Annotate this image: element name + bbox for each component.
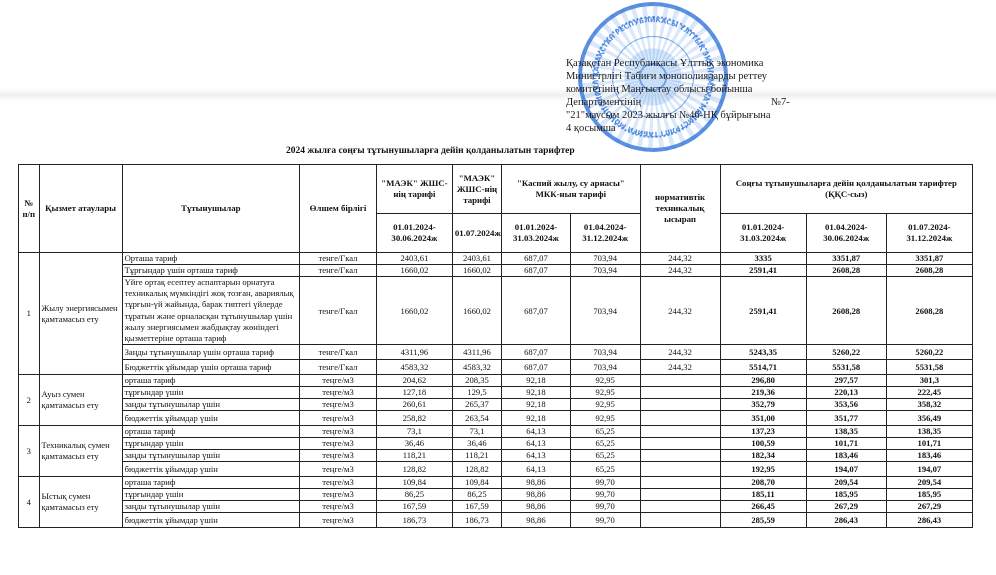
final-tariff-2-cell: 351,77 <box>806 411 886 426</box>
final-tariff-2-cell: 297,57 <box>806 375 886 387</box>
caspiy-tariff-1-cell: 92,18 <box>502 375 571 387</box>
period-final-1: 01.01.2024-31.03.2024ж <box>720 214 806 253</box>
maek-tariff-1-cell: 2403,61 <box>376 253 452 265</box>
final-tariff-3-cell: 267,29 <box>886 501 972 513</box>
caspiy-tariff-2-cell: 65,25 <box>570 462 640 477</box>
maek-tariff-1-cell: 73,1 <box>376 426 452 438</box>
caspiy-tariff-1-cell: 64,13 <box>502 438 571 450</box>
maek-tariff-2-cell: 2403,61 <box>452 253 501 265</box>
caspiy-tariff-1-cell: 92,18 <box>502 399 571 411</box>
final-tariff-2-cell: 194,07 <box>806 462 886 477</box>
approval-line: "21"маусым 2023 жылғы №46-НҚ бұйрығына <box>566 109 816 122</box>
table-row: заңды тұтынушылар үшінтеңге/м3118,21118,… <box>19 450 973 462</box>
consumer-cell: заңды тұтынушылар үшін <box>122 450 299 462</box>
consumer-cell: орташа тариф <box>122 426 299 438</box>
table-row: Үйге ортақ есептеу аспаптарын орнатуға т… <box>19 277 973 345</box>
period-final-3: 01.07.2024-31.12.2024ж <box>886 214 972 253</box>
technical-loss-cell <box>640 411 720 426</box>
final-tariff-2-cell: 5260,22 <box>806 345 886 360</box>
final-tariff-2-cell: 185,95 <box>806 489 886 501</box>
maek-tariff-2-cell: 129,5 <box>452 387 501 399</box>
final-tariff-3-cell: 356,49 <box>886 411 972 426</box>
final-tariff-1-cell: 266,45 <box>720 501 806 513</box>
table-row: тұрғындар үшінтеңге/м336,4636,4664,1365,… <box>19 438 973 450</box>
final-tariff-3-cell: 301,3 <box>886 375 972 387</box>
technical-loss-cell <box>640 513 720 528</box>
technical-loss-cell <box>640 477 720 489</box>
maek-tariff-1-cell: 118,21 <box>376 450 452 462</box>
final-tariff-3-cell: 185,95 <box>886 489 972 501</box>
maek-tariff-1-cell: 4583,32 <box>376 360 452 375</box>
maek-tariff-2-cell: 1660,02 <box>452 277 501 345</box>
maek-tariff-2-cell: 4311,96 <box>452 345 501 360</box>
caspiy-tariff-2-cell: 99,70 <box>570 501 640 513</box>
caspiy-tariff-1-cell: 687,07 <box>502 265 571 277</box>
service-name: Техникалық сумен қамтамасыз ету <box>39 426 122 477</box>
technical-loss-cell <box>640 438 720 450</box>
service-name: Ыстық сумен қамтамасыз ету <box>39 477 122 528</box>
col-header-maek-tariff-1: "МАЭК" ЖШС-нің тарифі <box>376 165 452 214</box>
caspiy-tariff-2-cell: 65,25 <box>570 450 640 462</box>
final-tariff-1-cell: 352,79 <box>720 399 806 411</box>
final-tariff-2-cell: 353,56 <box>806 399 886 411</box>
final-tariff-1-cell: 219,36 <box>720 387 806 399</box>
final-tariff-3-cell: 209,54 <box>886 477 972 489</box>
maek-tariff-1-cell: 260,61 <box>376 399 452 411</box>
final-tariff-1-cell: 137,23 <box>720 426 806 438</box>
final-tariff-2-cell: 286,43 <box>806 513 886 528</box>
col-header-technical-loss: нормативтік техникалық ысырап <box>640 165 720 253</box>
unit-cell: теңге/м3 <box>300 375 377 387</box>
consumer-cell: бюджеттік ұйымдар үшін <box>122 462 299 477</box>
final-tariff-1-cell: 296,80 <box>720 375 806 387</box>
maek-tariff-1-cell: 4311,96 <box>376 345 452 360</box>
maek-tariff-2-cell: 1660,02 <box>452 265 501 277</box>
caspiy-tariff-1-cell: 64,13 <box>502 450 571 462</box>
final-tariff-1-cell: 100,59 <box>720 438 806 450</box>
unit-cell: теңге/м3 <box>300 513 377 528</box>
table-row: 1Жылу энергиясымен қамтамасыз етуОрташа … <box>19 253 973 265</box>
table-row: бюджеттік ұйымдар үшінтеңге/м3186,73186,… <box>19 513 973 528</box>
final-tariff-3-cell: 3351,87 <box>886 253 972 265</box>
approval-notice: Қазақстан Республикасы Ұлттық экономика … <box>566 57 816 135</box>
caspiy-tariff-2-cell: 703,94 <box>570 253 640 265</box>
caspiy-tariff-2-cell: 99,70 <box>570 489 640 501</box>
maek-tariff-2-cell: 73,1 <box>452 426 501 438</box>
final-tariff-2-cell: 2608,28 <box>806 277 886 345</box>
consumer-cell: Үйге ортақ есептеу аспаптарын орнатуға т… <box>122 277 299 345</box>
maek-tariff-1-cell: 258,82 <box>376 411 452 426</box>
scan-artifact-band <box>0 88 996 102</box>
period-maek-1: 01.01.2024-30.06.2024ж <box>376 214 452 253</box>
group-number: 3 <box>19 426 40 477</box>
caspiy-tariff-1-cell: 92,18 <box>502 411 571 426</box>
approval-line: Қазақстан Республикасы Ұлттық экономика <box>566 57 816 70</box>
final-tariff-3-cell: 5260,22 <box>886 345 972 360</box>
tariff-table: № п/п Қызмет атаулары Тұтынушылар Өлшем … <box>18 164 973 528</box>
col-header-unit: Өлшем бірлігі <box>300 165 377 253</box>
caspiy-tariff-1-cell: 64,13 <box>502 462 571 477</box>
table-row: Заңды тұтынушылар үшін орташа тарифтенге… <box>19 345 973 360</box>
unit-cell: теңге/м3 <box>300 387 377 399</box>
unit-cell: теңге/м3 <box>300 426 377 438</box>
final-tariff-1-cell: 351,00 <box>720 411 806 426</box>
col-header-caspiy-tariff: "Каспий жылу, су арнасы" МКК-нын тарифі <box>502 165 640 214</box>
unit-cell: тенге/Гкал <box>300 265 377 277</box>
maek-tariff-2-cell: 4583,32 <box>452 360 501 375</box>
technical-loss-cell: 244,32 <box>640 253 720 265</box>
service-name: Жылу энергиясымен қамтамасыз ету <box>39 253 122 375</box>
consumer-cell: Заңды тұтынушылар үшін орташа тариф <box>122 345 299 360</box>
maek-tariff-1-cell: 109,84 <box>376 477 452 489</box>
final-tariff-2-cell: 209,54 <box>806 477 886 489</box>
group-number: 1 <box>19 253 40 375</box>
consumer-cell: заңды тұтынушылар үшін <box>122 501 299 513</box>
maek-tariff-1-cell: 186,73 <box>376 513 452 528</box>
col-header-maek-tariff-2: "МАЭК" ЖШС-нің тарифі <box>452 165 501 214</box>
unit-cell: теңге/м3 <box>300 411 377 426</box>
final-tariff-1-cell: 208,70 <box>720 477 806 489</box>
caspiy-tariff-1-cell: 687,07 <box>502 277 571 345</box>
maek-tariff-2-cell: 128,82 <box>452 462 501 477</box>
table-row: заңды тұтынушылар үшінтеңге/м3260,61265,… <box>19 399 973 411</box>
final-tariff-3-cell: 222,45 <box>886 387 972 399</box>
caspiy-tariff-2-cell: 703,94 <box>570 265 640 277</box>
consumer-cell: Бюджеттік ұйымдар үшін орташа тариф <box>122 360 299 375</box>
final-tariff-1-cell: 3335 <box>720 253 806 265</box>
final-tariff-3-cell: 286,43 <box>886 513 972 528</box>
technical-loss-cell: 244,32 <box>640 265 720 277</box>
maek-tariff-1-cell: 204,62 <box>376 375 452 387</box>
group-number: 4 <box>19 477 40 528</box>
maek-tariff-1-cell: 167,59 <box>376 501 452 513</box>
final-tariff-3-cell: 194,07 <box>886 462 972 477</box>
maek-tariff-2-cell: 118,21 <box>452 450 501 462</box>
caspiy-tariff-1-cell: 98,86 <box>502 501 571 513</box>
maek-tariff-1-cell: 127,18 <box>376 387 452 399</box>
period-caspiy-2: 01.04.2024-31.12.2024ж <box>570 214 640 253</box>
consumer-cell: бюджеттік ұйымдар үшін <box>122 513 299 528</box>
final-tariff-3-cell: 183,46 <box>886 450 972 462</box>
unit-cell: теңге/м3 <box>300 477 377 489</box>
caspiy-tariff-1-cell: 687,07 <box>502 360 571 375</box>
consumer-cell: Тұрғындар үшін орташа тариф <box>122 265 299 277</box>
service-name: Ауыз сумен қамтамасыз ету <box>39 375 122 426</box>
unit-cell: тенге/Гкал <box>300 360 377 375</box>
consumer-cell: тұрғындар үшін <box>122 387 299 399</box>
approval-line: комитетінің Маңғыстау облысы бойынша <box>566 83 816 96</box>
consumer-cell: тұрғындар үшін <box>122 489 299 501</box>
maek-tariff-1-cell: 1660,02 <box>376 265 452 277</box>
maek-tariff-1-cell: 1660,02 <box>376 277 452 345</box>
caspiy-tariff-2-cell: 99,70 <box>570 477 640 489</box>
technical-loss-cell <box>640 489 720 501</box>
consumer-cell: бюджеттік ұйымдар үшін <box>122 411 299 426</box>
maek-tariff-1-cell: 86,25 <box>376 489 452 501</box>
approval-line: Министрлігі Табиғи монополияларды реттеу <box>566 70 816 83</box>
table-row: заңды тұтынушылар үшінтеңге/м3167,59167,… <box>19 501 973 513</box>
caspiy-tariff-1-cell: 64,13 <box>502 426 571 438</box>
table-row: тұрғындар үшінтеңге/м3127,18129,592,1892… <box>19 387 973 399</box>
technical-loss-cell <box>640 450 720 462</box>
maek-tariff-2-cell: 186,73 <box>452 513 501 528</box>
caspiy-tariff-2-cell: 703,94 <box>570 277 640 345</box>
caspiy-tariff-2-cell: 92,95 <box>570 375 640 387</box>
final-tariff-2-cell: 3351,87 <box>806 253 886 265</box>
table-row: 3Техникалық сумен қамтамасыз етуорташа т… <box>19 426 973 438</box>
unit-cell: тенге/Гкал <box>300 253 377 265</box>
col-header-consumers: Тұтынушылар <box>122 165 299 253</box>
technical-loss-cell: 244,32 <box>640 345 720 360</box>
maek-tariff-2-cell: 208,35 <box>452 375 501 387</box>
final-tariff-1-cell: 2591,41 <box>720 265 806 277</box>
caspiy-tariff-2-cell: 65,25 <box>570 438 640 450</box>
final-tariff-2-cell: 138,35 <box>806 426 886 438</box>
maek-tariff-2-cell: 265,37 <box>452 399 501 411</box>
consumer-cell: Орташа тариф <box>122 253 299 265</box>
unit-cell: теңге/м3 <box>300 450 377 462</box>
maek-tariff-1-cell: 128,82 <box>376 462 452 477</box>
final-tariff-3-cell: 101,71 <box>886 438 972 450</box>
final-tariff-1-cell: 182,34 <box>720 450 806 462</box>
technical-loss-cell <box>640 387 720 399</box>
technical-loss-cell: 244,32 <box>640 360 720 375</box>
table-row: 2Ауыз сумен қамтамасыз етуорташа тарифте… <box>19 375 973 387</box>
final-tariff-1-cell: 192,95 <box>720 462 806 477</box>
table-row: тұрғындар үшінтеңге/м386,2586,2598,8699,… <box>19 489 973 501</box>
caspiy-tariff-1-cell: 98,86 <box>502 477 571 489</box>
final-tariff-1-cell: 185,11 <box>720 489 806 501</box>
final-tariff-1-cell: 5243,35 <box>720 345 806 360</box>
final-tariff-2-cell: 2608,28 <box>806 265 886 277</box>
period-maek-2: 01.07.2024ж <box>452 214 501 253</box>
caspiy-tariff-2-cell: 92,95 <box>570 387 640 399</box>
unit-cell: теңге/м3 <box>300 462 377 477</box>
final-tariff-3-cell: 138,35 <box>886 426 972 438</box>
caspiy-tariff-2-cell: 99,70 <box>570 513 640 528</box>
final-tariff-2-cell: 101,71 <box>806 438 886 450</box>
unit-cell: тенге/Гкал <box>300 345 377 360</box>
unit-cell: теңге/м3 <box>300 501 377 513</box>
caspiy-tariff-2-cell: 92,95 <box>570 399 640 411</box>
caspiy-tariff-2-cell: 92,95 <box>570 411 640 426</box>
header-row: № п/п Қызмет атаулары Тұтынушылар Өлшем … <box>19 165 973 214</box>
final-tariff-3-cell: 5531,58 <box>886 360 972 375</box>
col-header-num: № п/п <box>19 165 40 253</box>
maek-tariff-1-cell: 36,46 <box>376 438 452 450</box>
technical-loss-cell: 244,32 <box>640 277 720 345</box>
final-tariff-3-cell: 358,32 <box>886 399 972 411</box>
final-tariff-2-cell: 183,46 <box>806 450 886 462</box>
maek-tariff-2-cell: 86,25 <box>452 489 501 501</box>
maek-tariff-2-cell: 36,46 <box>452 438 501 450</box>
document-title: 2024 жылға соңғы тұтынушыларға дейін қол… <box>286 146 575 156</box>
caspiy-tariff-1-cell: 98,86 <box>502 513 571 528</box>
maek-tariff-2-cell: 263,54 <box>452 411 501 426</box>
caspiy-tariff-2-cell: 703,94 <box>570 345 640 360</box>
final-tariff-3-cell: 2608,28 <box>886 277 972 345</box>
consumer-cell: заңды тұтынушылар үшін <box>122 399 299 411</box>
table-row: бюджеттік ұйымдар үшінтеңге/м3128,82128,… <box>19 462 973 477</box>
final-tariff-2-cell: 5531,58 <box>806 360 886 375</box>
unit-cell: теңге/м3 <box>300 489 377 501</box>
final-tariff-1-cell: 285,59 <box>720 513 806 528</box>
period-caspiy-1: 01.01.2024-31.03.2024ж <box>502 214 571 253</box>
col-header-final-tariffs: Соңғы тұтынушыларға дейін қолданылатын т… <box>720 165 972 214</box>
caspiy-tariff-2-cell: 703,94 <box>570 360 640 375</box>
maek-tariff-2-cell: 167,59 <box>452 501 501 513</box>
final-tariff-2-cell: 220,13 <box>806 387 886 399</box>
final-tariff-3-cell: 2608,28 <box>886 265 972 277</box>
technical-loss-cell <box>640 426 720 438</box>
col-header-service: Қызмет атаулары <box>39 165 122 253</box>
consumer-cell: тұрғындар үшін <box>122 438 299 450</box>
technical-loss-cell <box>640 462 720 477</box>
table-row: 4Ыстық сумен қамтамасыз етуорташа тарифт… <box>19 477 973 489</box>
technical-loss-cell <box>640 375 720 387</box>
caspiy-tariff-1-cell: 687,07 <box>502 345 571 360</box>
unit-cell: тенге/Гкал <box>300 277 377 345</box>
approval-line: 4 қосымша <box>566 122 816 135</box>
consumer-cell: орташа тариф <box>122 375 299 387</box>
caspiy-tariff-1-cell: 92,18 <box>502 387 571 399</box>
final-tariff-1-cell: 5514,71 <box>720 360 806 375</box>
maek-tariff-2-cell: 109,84 <box>452 477 501 489</box>
final-tariff-2-cell: 267,29 <box>806 501 886 513</box>
group-number: 2 <box>19 375 40 426</box>
table-row: Тұрғындар үшін орташа тарифтенге/Гкал166… <box>19 265 973 277</box>
period-final-2: 01.04.2024-30.06.2024ж <box>806 214 886 253</box>
technical-loss-cell <box>640 399 720 411</box>
final-tariff-1-cell: 2591,41 <box>720 277 806 345</box>
table-row: бюджеттік ұйымдар үшінтеңге/м3258,82263,… <box>19 411 973 426</box>
caspiy-tariff-1-cell: 687,07 <box>502 253 571 265</box>
unit-cell: теңге/м3 <box>300 399 377 411</box>
technical-loss-cell <box>640 501 720 513</box>
caspiy-tariff-2-cell: 65,25 <box>570 426 640 438</box>
table-row: Бюджеттік ұйымдар үшін орташа тарифтенге… <box>19 360 973 375</box>
annex-number: №7- <box>771 96 790 109</box>
consumer-cell: орташа тариф <box>122 477 299 489</box>
caspiy-tariff-1-cell: 98,86 <box>502 489 571 501</box>
unit-cell: теңге/м3 <box>300 438 377 450</box>
